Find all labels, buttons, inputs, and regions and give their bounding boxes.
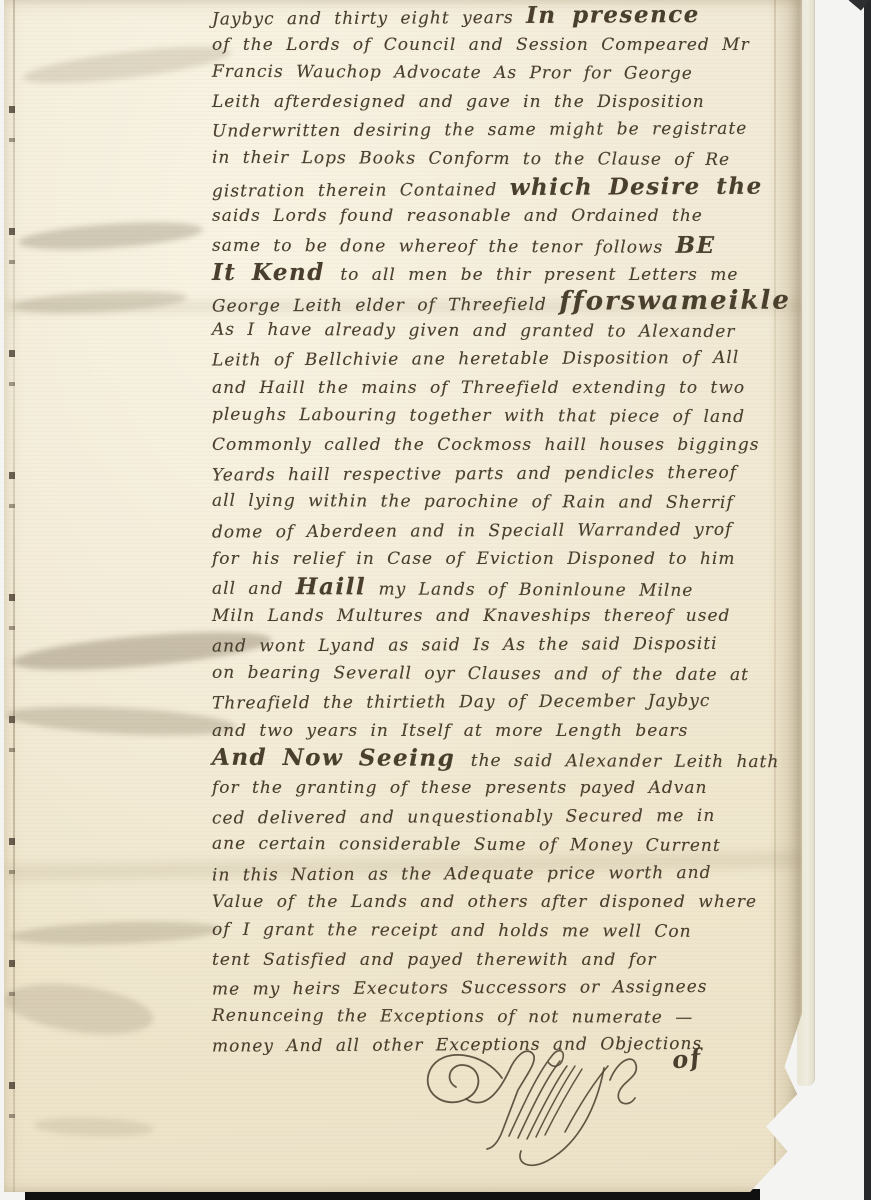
manuscript-word-segment: Threafield the thirtieth Day of December… — [212, 691, 710, 714]
manuscript-line: gistration therein Contained which Desir… — [212, 172, 798, 204]
manuscript-word-segment: Yeards haill respective parts and pendic… — [212, 462, 737, 485]
manuscript-word-segment: In presence — [526, 1, 700, 29]
manuscript-word-segment: pleughs Labouring together with that pie… — [212, 405, 745, 427]
manuscript-word-segment: ced delivered and unquestionably Secured… — [212, 806, 715, 829]
paper-crease — [21, 39, 233, 90]
manuscript-word-segment: dome of Aberdeen and in Speciall Warrand… — [212, 519, 733, 542]
manuscript-line: for his relief in Case of Eviction Dispo… — [212, 545, 798, 574]
manuscript-line: Jaybyc and thirty eight years In presenc… — [212, 0, 798, 32]
manuscript-line: on bearing Severall oyr Clauses and of t… — [212, 658, 798, 689]
manuscript-line: Leith of Bellchivie ane heretable Dispos… — [212, 344, 798, 376]
paper-sheet: Jaybyc and thirty eight years In presenc… — [4, 0, 802, 1192]
manuscript-word-segment: in this Nation as the Adequate price wor… — [212, 863, 712, 886]
manuscript-line: It Kend to all men be thir present Lette… — [212, 259, 798, 288]
manuscript-line: and wont Lyand as said Is As the said Di… — [212, 630, 798, 662]
paper-crease — [17, 218, 203, 255]
manuscript-line: Miln Lands Multures and Knaveships there… — [212, 602, 798, 631]
manuscript-line: As I have already given and granted to A… — [212, 315, 798, 346]
manuscript-word-segment: and Haill the mains of Threefield extend… — [212, 378, 745, 398]
manuscript-line: saids Lords found reasonable and Ordaine… — [212, 202, 798, 231]
manuscript-word-segment: Haill — [296, 573, 366, 600]
manuscript-word-segment: in their Lops Books Conform to the Claus… — [212, 148, 730, 170]
manuscript-word-segment: George Leith elder of Threefield — [212, 295, 559, 317]
manuscript-word-segment: of I grant the receipt and holds me well… — [212, 920, 692, 942]
manuscript-word-segment: fforswameikle — [559, 285, 791, 316]
manuscript-word-segment: tent Satisfied and payed therewith and f… — [212, 950, 657, 970]
manuscript-line: me my heirs Executors Successors or Assi… — [212, 973, 798, 1005]
manuscript-line: And Now Seeing the said Alexander Leith … — [212, 744, 798, 775]
manuscript-word-segment: all and — [212, 579, 296, 599]
manuscript-line: Francis Wauchop Advocate As Pror for Geo… — [212, 58, 798, 89]
manuscript-word-segment: same to be done whereof the tenor follow… — [212, 235, 676, 257]
paper-crease — [34, 1116, 155, 1138]
manuscript-word-segment: Jaybyc and thirty eight years — [212, 8, 526, 30]
manuscript-line: ced delivered and unquestionably Secured… — [212, 801, 798, 833]
manuscript-word-segment: It Kend — [212, 259, 340, 286]
paper-crease — [12, 287, 188, 316]
manuscript-word-segment: saids Lords found reasonable and Ordaine… — [212, 206, 703, 226]
manuscript-word-segment: Value of the Lands and others after disp… — [212, 892, 757, 912]
manuscript-word-segment: for the granting of these presents payed… — [212, 778, 707, 798]
manuscript-line: all and Haill my Lands of Boninloune Mil… — [212, 573, 798, 604]
manuscript-word-segment: Underwritten desiring the same might be … — [212, 119, 747, 142]
manuscript-word-segment: my Lands of Boninloune Milne — [366, 579, 693, 600]
manuscript-line: and Haill the mains of Threefield extend… — [212, 374, 798, 403]
manuscript-line: Underwritten desiring the same might be … — [212, 115, 798, 147]
manuscript-line: George Leith elder of Threefield fforswa… — [212, 286, 798, 318]
scanned-manuscript-page: Jaybyc and thirty eight years In presenc… — [0, 0, 871, 1200]
manuscript-word-segment: to all men be thir present Letters me — [340, 265, 738, 285]
manuscript-word-segment: all lying within the parochine of Rain a… — [212, 491, 734, 513]
manuscript-word-segment: and two years in Itself at more Length b… — [212, 721, 688, 741]
manuscript-line: and two years in Itself at more Length b… — [212, 717, 798, 746]
manuscript-line: Value of the Lands and others after disp… — [212, 888, 798, 917]
manuscript-line: in this Nation as the Adequate price wor… — [212, 858, 798, 890]
scan-edge-right — [864, 0, 871, 1200]
manuscript-word-segment: me my heirs Executors Successors or Assi… — [212, 977, 708, 1000]
manuscript-word-segment: on bearing Severall oyr Clauses and of t… — [212, 662, 749, 684]
manuscript-word-segment: And Now Seeing — [212, 744, 471, 772]
manuscript-line: Leith afterdesigned and gave in the Disp… — [212, 88, 798, 117]
manuscript-word-segment: for his relief in Case of Eviction Dispo… — [212, 549, 735, 569]
paper-crease — [2, 976, 157, 1042]
manuscript-word-segment: Francis Wauchop Advocate As Pror for Geo… — [212, 62, 693, 84]
manuscript-word-segment: gistration therein Contained — [212, 180, 510, 202]
manuscript-word-segment: and wont Lyand as said Is As the said Di… — [212, 634, 718, 657]
binding-stitches — [9, 20, 15, 1170]
paper-crease — [5, 702, 236, 740]
manuscript-line: of I grant the receipt and holds me well… — [212, 916, 798, 947]
manuscript-text: Jaybyc and thirty eight years In presenc… — [212, 2, 798, 1060]
manuscript-line: Renunceing the Exceptions of not numerat… — [212, 1002, 798, 1033]
manuscript-line: same to be done whereof the tenor follow… — [212, 229, 798, 260]
manuscript-line: dome of Aberdeen and in Speciall Warrand… — [212, 515, 798, 547]
notary-flourish — [414, 1036, 654, 1176]
manuscript-word-segment: BE — [676, 231, 716, 258]
catchword: of — [671, 1042, 704, 1074]
manuscript-line: of the Lords of Council and Session Comp… — [212, 31, 798, 60]
manuscript-line: pleughs Labouring together with that pie… — [212, 401, 798, 432]
manuscript-word-segment: Renunceing the Exceptions of not numerat… — [212, 1006, 693, 1028]
manuscript-word-segment: As I have already given and granted to A… — [212, 319, 736, 341]
manuscript-line: Threafield the thirtieth Day of December… — [212, 687, 798, 719]
manuscript-line: for the granting of these presents payed… — [212, 774, 798, 803]
manuscript-line: Yeards haill respective parts and pendic… — [212, 458, 798, 490]
manuscript-line: ane certain considerable Sume of Money C… — [212, 830, 798, 861]
manuscript-word-segment: Commonly called the Cockmoss haill house… — [212, 435, 759, 455]
manuscript-line: in their Lops Books Conform to the Claus… — [212, 144, 798, 175]
manuscript-line: tent Satisfied and payed therewith and f… — [212, 946, 798, 975]
manuscript-line: all lying within the parochine of Rain a… — [212, 487, 798, 518]
manuscript-word-segment: ane certain considerable Sume of Money C… — [212, 834, 721, 856]
manuscript-line: Commonly called the Cockmoss haill house… — [212, 431, 798, 460]
manuscript-word-segment: which Desire the — [510, 172, 763, 200]
manuscript-word-segment: Leith of Bellchivie ane heretable Dispos… — [212, 348, 739, 371]
manuscript-word-segment: the said Alexander Leith hath — [471, 751, 780, 772]
paper-crease — [10, 918, 221, 947]
manuscript-word-segment: Leith afterdesigned and gave in the Disp… — [212, 92, 705, 112]
manuscript-word-segment: Miln Lands Multures and Knaveships there… — [212, 606, 730, 626]
manuscript-word-segment: of the Lords of Council and Session Comp… — [212, 35, 750, 55]
